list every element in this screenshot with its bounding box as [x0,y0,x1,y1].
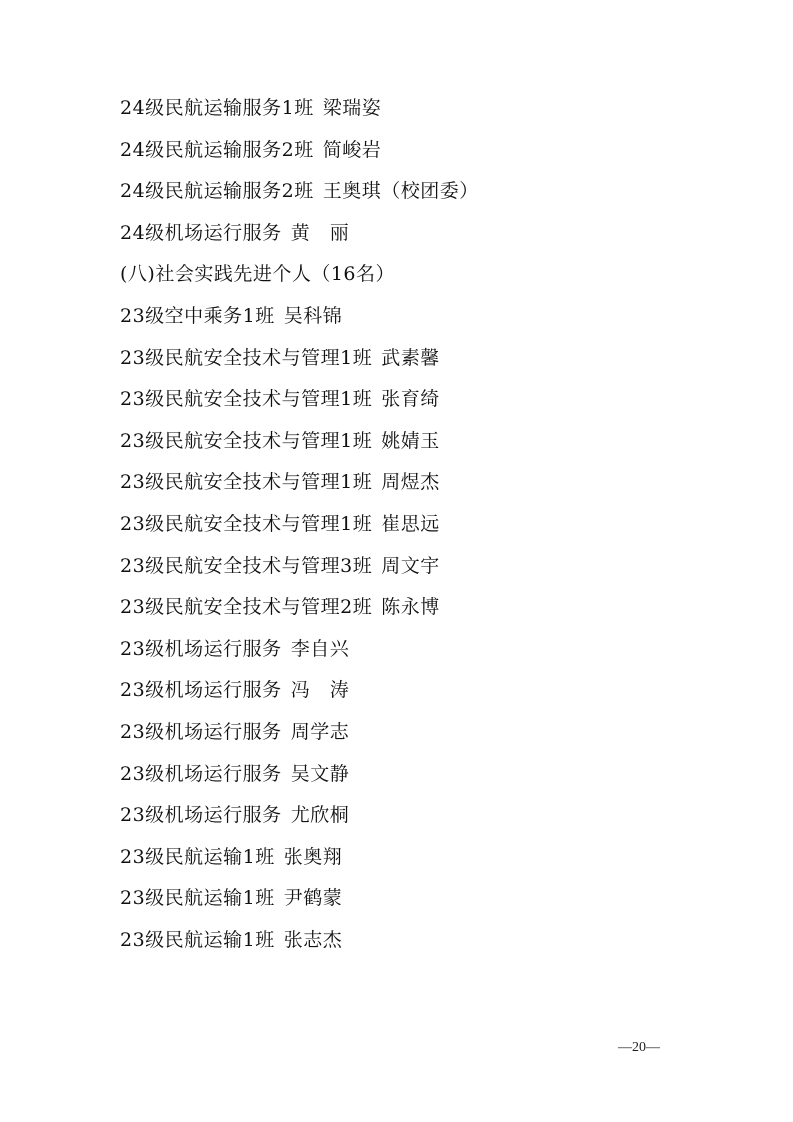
section-heading-text: (八)社会实践先进个人（16名） [120,263,395,285]
student-name: 武素馨 [381,347,440,369]
list-item: 23级民航安全技术与管理3班周文宇 [120,546,479,588]
student-name: 梁瑞姿 [323,97,382,119]
class-name: 23级机场运行服务 [120,679,282,701]
list-item: 23级机场运行服务李自兴 [120,629,479,671]
student-name: 张育绮 [381,388,440,410]
list-item: 23级民航安全技术与管理1班周煜杰 [120,462,479,504]
list-item: 23级民航安全技术与管理1班武素馨 [120,338,479,380]
page-number: —20— [618,1040,660,1056]
student-name: 尹鹤蒙 [284,887,343,909]
class-name: 23级民航安全技术与管理1班 [120,388,372,410]
student-name: 张奥翔 [284,846,343,868]
list-item: 23级民航运输1班张志杰 [120,920,479,962]
student-name: 吴文静 [291,763,350,785]
student-name: 陈永博 [381,596,440,618]
list-item: 23级空中乘务1班吴科锦 [120,296,479,338]
list-item: 23级民航安全技术与管理1班崔思远 [120,504,479,546]
list-item: 23级民航安全技术与管理1班姚婧玉 [120,421,479,463]
list-item: 23级民航安全技术与管理1班张育绮 [120,379,479,421]
student-name: 周学志 [291,721,350,743]
list-item: 23级民航安全技术与管理2班陈永博 [120,587,479,629]
list-item: 24级民航运输服务1班梁瑞姿 [120,88,479,130]
list-item: 23级民航运输1班尹鹤蒙 [120,878,479,920]
class-name: 23级民航安全技术与管理3班 [120,555,372,577]
class-name: 23级空中乘务1班 [120,305,275,327]
award-list: 24级民航运输服务1班梁瑞姿 24级民航运输服务2班简峻岩 24级民航运输服务2… [120,88,479,961]
class-name: 23级民航安全技术与管理1班 [120,513,372,535]
list-item: 23级民航运输1班张奥翔 [120,837,479,879]
class-name: 24级民航运输服务2班 [120,139,314,161]
class-name: 24级民航运输服务1班 [120,97,314,119]
list-item: 23级机场运行服务冯 涛 [120,670,479,712]
class-name: 23级民航运输1班 [120,887,275,909]
class-name: 23级机场运行服务 [120,721,282,743]
class-name: 23级民航安全技术与管理1班 [120,471,372,493]
class-name: 23级机场运行服务 [120,638,282,660]
list-item: 23级机场运行服务尤欣桐 [120,795,479,837]
list-item: 24级民航运输服务2班王奥琪（校团委） [120,171,479,213]
class-name: 23级民航安全技术与管理1班 [120,430,372,452]
document-page: 24级民航运输服务1班梁瑞姿 24级民航运输服务2班简峻岩 24级民航运输服务2… [0,0,793,1122]
student-name: 周煜杰 [381,471,440,493]
student-name: 吴科锦 [284,305,343,327]
class-name: 23级民航运输1班 [120,929,275,951]
student-name: 黄 丽 [291,222,350,244]
class-name: 23级民航安全技术与管理2班 [120,596,372,618]
student-name: 周文宇 [381,555,440,577]
student-name: 王奥琪（校团委） [323,180,479,202]
class-name: 23级民航运输1班 [120,846,275,868]
class-name: 23级机场运行服务 [120,804,282,826]
student-name: 冯 涛 [291,679,350,701]
student-name: 张志杰 [284,929,343,951]
class-name: 23级民航安全技术与管理1班 [120,347,372,369]
student-name: 李自兴 [291,638,350,660]
list-item: 23级机场运行服务吴文静 [120,754,479,796]
student-name: 崔思远 [381,513,440,535]
section-heading: (八)社会实践先进个人（16名） [120,254,479,296]
student-name: 尤欣桐 [291,804,350,826]
list-item: 24级民航运输服务2班简峻岩 [120,130,479,172]
class-name: 24级机场运行服务 [120,222,282,244]
class-name: 24级民航运输服务2班 [120,180,314,202]
student-name: 简峻岩 [323,139,382,161]
list-item: 24级机场运行服务黄 丽 [120,213,479,255]
class-name: 23级机场运行服务 [120,763,282,785]
list-item: 23级机场运行服务周学志 [120,712,479,754]
student-name: 姚婧玉 [381,430,440,452]
